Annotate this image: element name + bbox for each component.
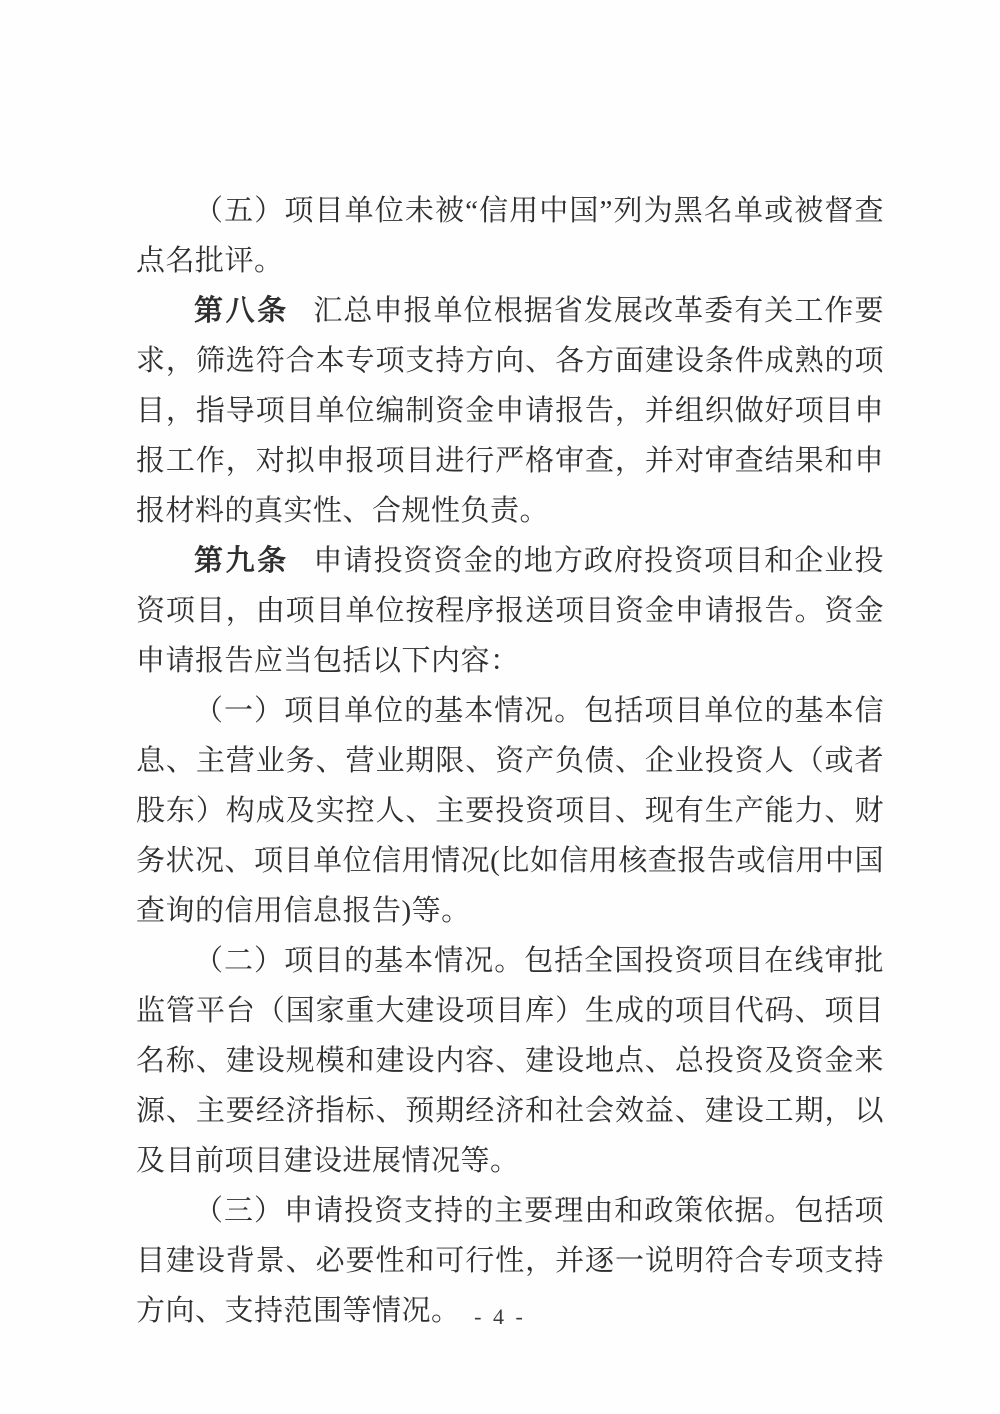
document-body: （五）项目单位未被“信用中国”列为黑名单或被督查点名批评。 第八条汇总申报单位根… <box>136 186 884 1336</box>
clause-item-1: （一）项目单位的基本情况。包括项目单位的基本信息、主营业务、营业期限、资产负债、… <box>136 686 884 936</box>
page-number: - 4 - <box>0 1300 1000 1334</box>
article-8-paragraph: 第八条汇总申报单位根据省发展改革委有关工作要求，筛选符合本专项支持方向、各方面建… <box>136 286 884 536</box>
article-9-paragraph: 第九条申请投资资金的地方政府投资项目和企业投资项目，由项目单位按程序报送项目资金… <box>136 536 884 686</box>
document-page: （五）项目单位未被“信用中国”列为黑名单或被督查点名批评。 第八条汇总申报单位根… <box>0 0 1000 1414</box>
clause-item-2: （二）项目的基本情况。包括全国投资项目在线审批监管平台（国家重大建设项目库）生成… <box>136 936 884 1186</box>
article-9-term: 第九条 <box>194 545 289 577</box>
clause-item-2-text: （二）项目的基本情况。包括全国投资项目在线审批监管平台（国家重大建设项目库）生成… <box>136 945 884 1177</box>
clause-item-5: （五）项目单位未被“信用中国”列为黑名单或被督查点名批评。 <box>136 186 884 286</box>
article-8-term: 第八条 <box>194 295 289 327</box>
clause-item-5-text: （五）项目单位未被“信用中国”列为黑名单或被督查点名批评。 <box>136 195 884 277</box>
clause-item-1-text: （一）项目单位的基本情况。包括项目单位的基本信息、主营业务、营业期限、资产负债、… <box>136 695 884 927</box>
article-8-body: 汇总申报单位根据省发展改革委有关工作要求，筛选符合本专项支持方向、各方面建设条件… <box>136 295 884 527</box>
